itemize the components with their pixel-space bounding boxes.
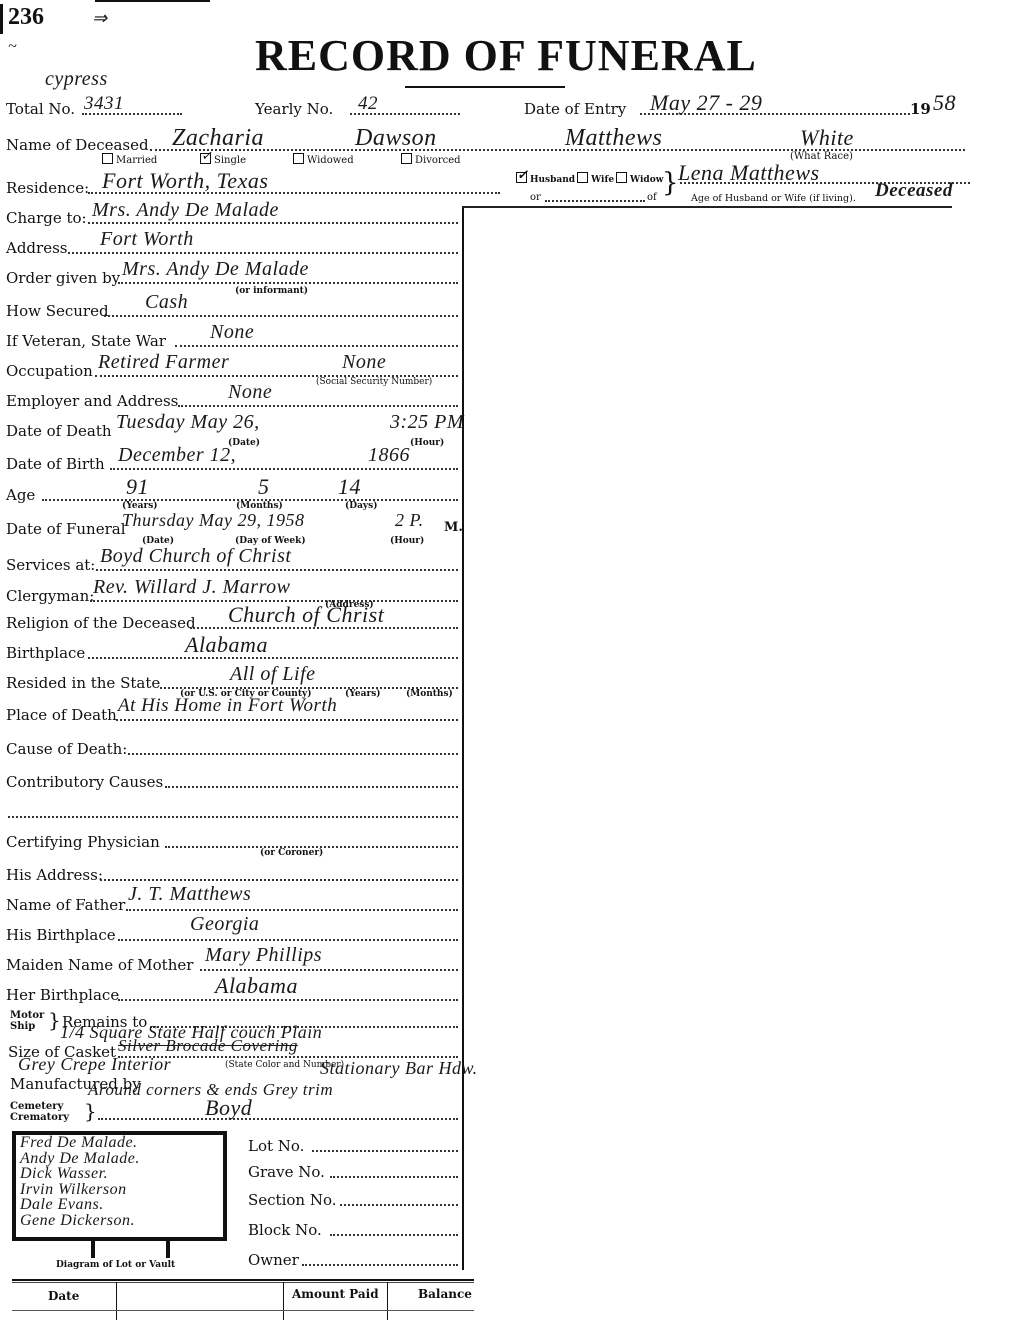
ledger-col-divider-3 [387,1282,388,1320]
spouse-age-label: Age of Husband or Wife (if living). [691,193,856,204]
date-of-death-field[interactable]: Tuesday May 26, [116,411,260,434]
husband-checkbox[interactable] [516,172,527,183]
birthplace-dots [88,644,458,659]
middle-name-field[interactable]: Dawson [355,125,437,152]
clergyman-label: Clergyman: [6,587,94,605]
age-years-field[interactable]: 91 [126,474,149,500]
social-security-field[interactable]: None [342,351,386,374]
address-field[interactable]: Fort Worth [100,228,194,251]
ledger-header-rule [12,1310,474,1311]
entry-year-prefix: 19 [910,100,931,118]
spouse-age-field[interactable]: Deceased [875,180,953,202]
marital-widowed[interactable]: Widowed [293,153,354,166]
date-of-birth-field[interactable]: December 12, [118,444,236,467]
how-secured-field[interactable]: Cash [145,291,188,314]
physician-label: Certifying Physician [6,833,160,851]
address-label: Address [6,239,67,257]
diagram-leg-left [91,1241,95,1258]
yearly-no-field[interactable]: 42 [358,93,378,115]
pallbearer-4: Irvin Wilkerson [20,1182,140,1198]
cemetery-dots [98,1105,458,1120]
motor-brace: } [48,1008,61,1032]
total-no-field[interactable]: 3431 [84,93,124,115]
widow-checkbox[interactable] [616,172,627,183]
cemetery-brace: } [84,1099,97,1123]
ledger-top-rule-2 [12,1282,474,1283]
marital-married[interactable]: Married [102,153,157,166]
coroner-caption: (or Coroner) [260,848,323,858]
employer-label: Employer and Address [6,392,178,410]
date-of-funeral-label: Date of Funeral [6,520,126,538]
father-label: Name of Father [6,896,125,914]
entry-year-field[interactable]: 58 [933,90,956,116]
pallbearer-5: Dale Evans. [20,1197,140,1213]
father-birthplace-label: His Birthplace [6,926,116,944]
charge-to-field[interactable]: Mrs. Andy De Malade [92,199,279,222]
name-of-deceased-label: Name of Deceased [6,136,149,154]
pallbearer-1: Fred De Malade. [20,1135,140,1151]
total-no-label: Total No. [6,100,75,118]
services-at-field[interactable]: Boyd Church of Christ [100,545,291,568]
lot-no-field[interactable] [312,1137,458,1152]
date-of-death-label: Date of Death [6,422,112,440]
clergyman-field[interactable]: Rev. Willard J. Marrow [93,576,290,599]
mother-birthplace-label: Her Birthplace [6,986,119,1004]
single-checkbox[interactable] [200,153,211,164]
age-months-field[interactable]: 5 [258,474,270,500]
charge-to-label: Charge to: [6,209,87,227]
his-address-field[interactable] [100,866,458,881]
yearly-no-label: Yearly No. [255,100,333,118]
cause-of-death-label: Cause of Death: [6,740,127,758]
lot-diagram: Fred De Malade. Andy De Malade. Dick Was… [12,1131,227,1241]
religion-field[interactable]: Church of Christ [228,602,384,628]
birthplace-field[interactable]: Alabama [185,632,268,658]
year-of-birth-field[interactable]: 1866 [368,444,410,467]
page-number: 236 [8,4,44,31]
order-given-by-label: Order given by [6,269,120,287]
hour-of-death-field[interactable]: 3:25 PM [390,411,464,434]
ledger-date-header: Date [48,1289,79,1303]
wife-checkbox[interactable] [577,172,588,183]
ledger-top-rule [12,1279,474,1281]
ledger-col-divider-1 [116,1282,117,1320]
motor-ship-labels: MotorShip [10,1010,44,1032]
services-at-label: Services at: [6,556,95,574]
cemetery-labels: CemeteryCrematory [10,1101,69,1123]
age-days-field[interactable]: 14 [338,474,361,500]
pallbearer-2: Andy De Malade. [20,1151,140,1167]
owner-label: Owner [248,1251,299,1269]
contributory-label: Contributory Causes [6,773,163,791]
date-of-entry-label: Date of Entry [524,100,626,118]
residence-field[interactable]: Fort Worth, Texas [102,168,268,194]
pallbearer-list: Fred De Malade. Andy De Malade. Dick Was… [20,1135,140,1228]
owner-field[interactable] [302,1251,458,1266]
ledger-col-divider-2 [283,1282,284,1320]
days-caption: (Days) [345,501,377,511]
top-edge-line [95,0,210,2]
diagram-leg-right [166,1241,170,1258]
his-address-label: His Address: [6,866,103,884]
occupation-field[interactable]: Retired Farmer [98,351,229,374]
grave-no-field[interactable] [330,1163,458,1178]
father-birthplace-dots [118,926,458,941]
section-no-label: Section No. [248,1191,337,1209]
resided-field[interactable]: All of Life [230,663,316,686]
first-name-field[interactable]: Zacharia [172,125,264,152]
informant-caption: (or informant) [235,286,308,296]
physician-field[interactable] [165,833,458,848]
lot-no-label: Lot No. [248,1137,304,1155]
block-no-label: Block No. [248,1221,322,1239]
page-title: RECORD OF FUNERAL [255,30,757,81]
resided-years-caption: (Years) [345,689,381,699]
religion-label: Religion of the Deceased [6,614,196,632]
pallbearer-6: Gene Dickerson. [20,1213,140,1229]
grave-no-label: Grave No. [248,1163,325,1181]
ledger-amount-header: Amount Paid [292,1287,379,1301]
contributory-field[interactable] [165,773,458,788]
how-secured-label: How Secured [6,302,109,320]
date-of-entry-field[interactable]: May 27 - 29 [650,90,762,116]
place-of-death-field[interactable]: At His Home in Fort Worth [118,695,337,717]
father-field[interactable]: J. T. Matthews [128,883,251,906]
margin-note: cypress [45,68,108,91]
date-of-birth-label: Date of Birth [6,455,105,473]
veteran-field[interactable]: None [210,321,254,344]
birthplace-label: Birthplace [6,644,85,662]
pallbearer-3: Dick Wasser. [20,1166,140,1182]
father-birthplace-field[interactable]: Georgia [190,913,259,936]
notes-box-top [462,206,952,208]
casket-field[interactable]: Silver Brocade Covering [118,1036,298,1056]
relation-of-label: of [647,192,657,203]
order-given-by-field[interactable]: Mrs. Andy De Malade [122,258,309,281]
resided-months-caption: (Months) [406,689,453,699]
divorced-checkbox[interactable] [401,153,412,164]
occupation-label: Occupation [6,362,93,380]
funeral-hour-suffix: M. [444,520,463,535]
mother-label: Maiden Name of Mother [6,956,193,974]
age-label: Age [6,486,35,504]
place-of-death-label: Place of Death [6,706,117,724]
diagram-caption: Diagram of Lot or Vault [56,1260,175,1270]
ledger-balance-header: Balance [418,1287,472,1301]
contributory-field-line2[interactable] [8,803,458,818]
relation-or-dots [545,192,645,202]
cause-of-death-field[interactable] [128,740,458,755]
residence-label: Residence: [6,179,89,197]
marital-single[interactable]: Single [200,153,246,166]
widowed-checkbox[interactable] [293,153,304,164]
mother-birthplace-field[interactable]: Alabama [215,973,298,999]
resided-label: Resided in the State [6,674,160,692]
block-no-field[interactable] [330,1221,458,1236]
marital-divorced[interactable]: Divorced [401,153,461,166]
title-underline [405,86,565,88]
funeral-hour-field[interactable]: 2 P. [395,510,424,531]
section-no-field[interactable] [340,1191,458,1206]
veteran-label: If Veteran, State War [6,332,166,350]
relation-or-label: or [530,192,541,203]
margin-tick: ~ [8,38,17,56]
casket-note-3[interactable]: Stationary Bar Hdw. [320,1058,478,1079]
relation-brace: } [662,168,679,198]
cemetery-field[interactable]: Boyd [205,1095,252,1121]
casket-note-2[interactable]: Grey Crepe Interior [18,1054,171,1075]
ssn-caption: (Social Security Number) [316,377,432,387]
married-checkbox[interactable] [102,153,113,164]
employer-dots [178,392,458,407]
date-of-funeral-field[interactable]: Thursday May 29, 1958 [122,510,305,531]
page-margin-bar [0,4,3,34]
race-field[interactable]: White [800,125,854,151]
age-dots [42,486,458,501]
mother-field[interactable]: Mary Phillips [205,944,322,967]
margin-mark: ⇒ [92,8,108,29]
employer-field[interactable]: None [228,381,272,404]
last-name-field[interactable]: Matthews [565,125,662,152]
funeral-hour-caption: (Hour) [390,536,424,546]
death-hour-caption: (Hour) [410,438,444,448]
notes-box-left [462,208,464,1270]
relation-options: HusbandWifeWidow [516,172,663,185]
